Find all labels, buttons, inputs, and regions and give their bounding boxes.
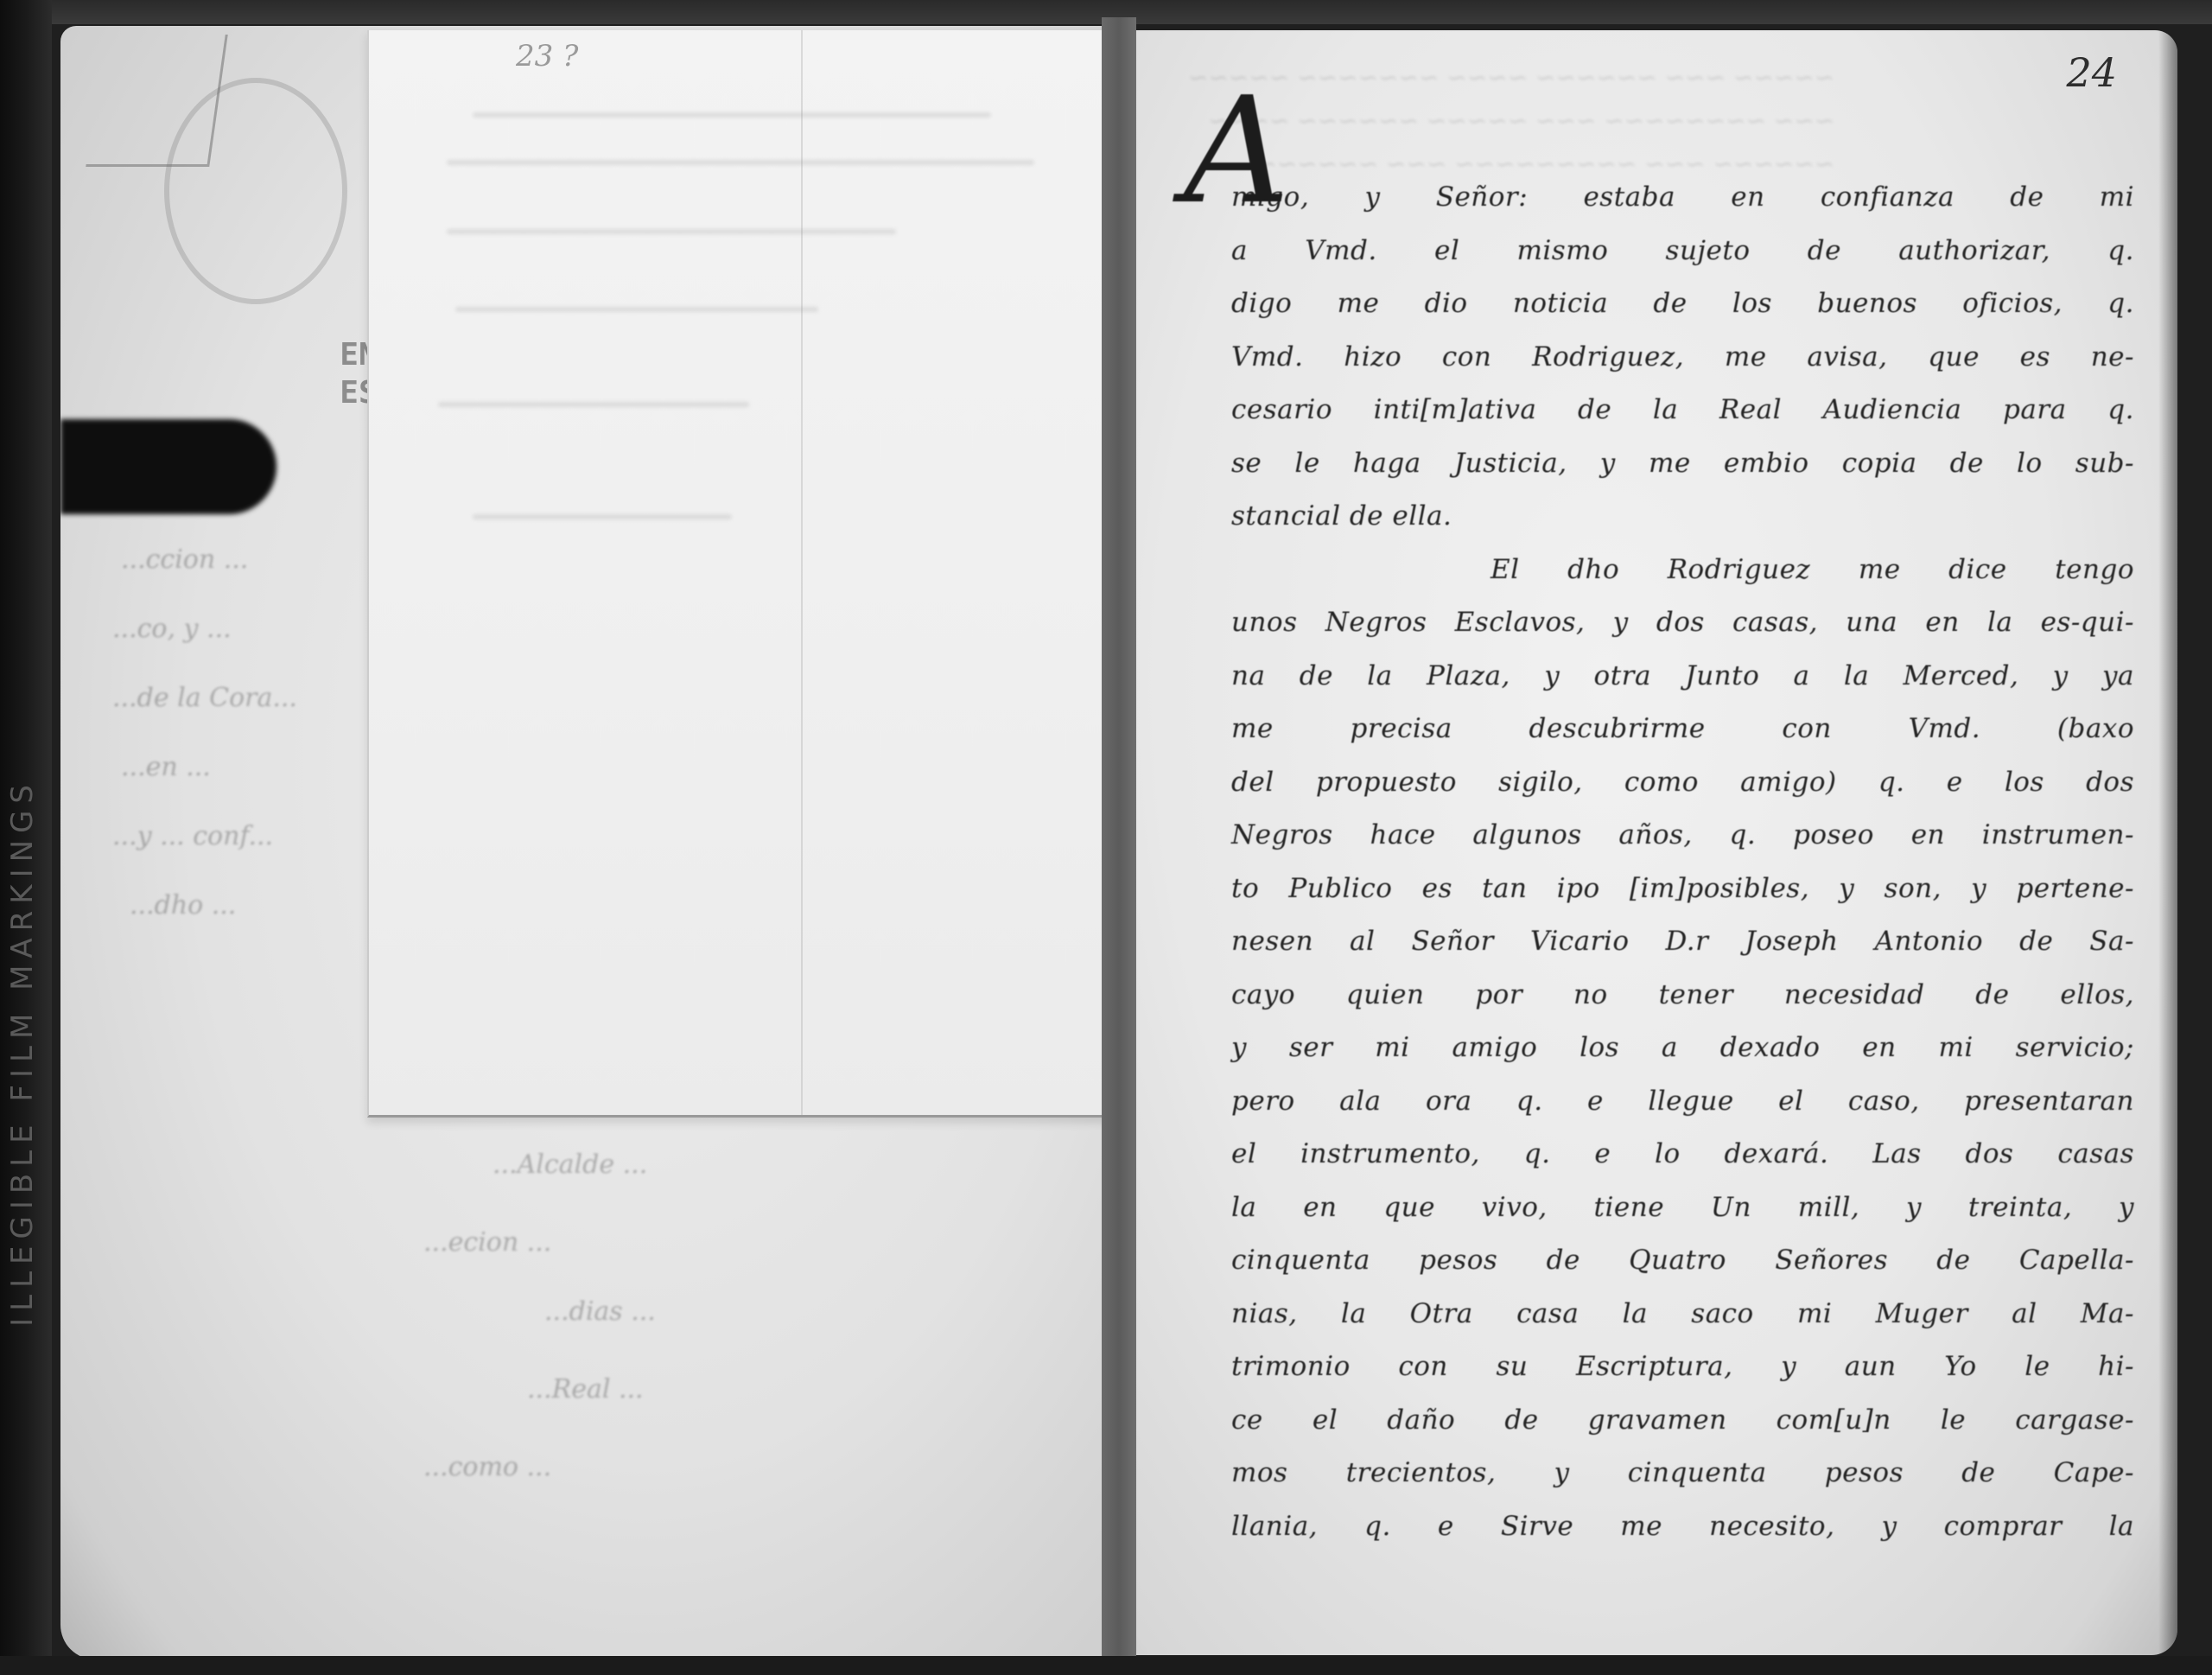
left-ghost-line: ...dias ... — [544, 1296, 656, 1327]
manuscript-line: el instrumento, q. e lo dexará. Las dos … — [1231, 1138, 2134, 1192]
manuscript-line: unos Negros Esclavos, y dos casas, una e… — [1231, 607, 2134, 660]
manuscript-line: cinquenta pesos de Quatro Señores de Cap… — [1231, 1245, 2134, 1298]
operator-thumb-shadow — [60, 419, 276, 514]
manuscript-line: me precisa descubrirme con Vmd. (baxo — [1231, 713, 2134, 767]
slip-folio-number: 23 ? — [516, 39, 578, 73]
left-ghost-line: ...Real ... — [527, 1374, 644, 1404]
manuscript-line: to Publico es tan ipo [im]posibles, y so… — [1231, 873, 2134, 927]
manuscript-line: cesario inti[m]ativa de la Real Audienci… — [1231, 394, 2134, 448]
manuscript-line: ce el daño de gravamen com[u]n le cargas… — [1231, 1404, 2134, 1458]
left-ghost-line: ...como ... — [423, 1452, 551, 1482]
manuscript-line: Negros hace algunos años, q. poseo en in… — [1231, 819, 2134, 873]
manuscript-line: cayo quien por no tener necesidad de ell… — [1231, 979, 2134, 1033]
manuscript-line: del propuesto sigilo, como amigo) q. e l… — [1231, 767, 2134, 820]
pasted-paper-slip: 23 ? — [367, 30, 1112, 1118]
seal-stamp-ghost — [164, 78, 347, 304]
film-edge-marking: ILLEGIBLE FILM MARKINGS — [5, 778, 40, 1327]
manuscript-line: pero ala ora q. e llegue el caso, presen… — [1231, 1086, 2134, 1139]
manuscript-line: nesen al Señor Vicario D.r Joseph Antoni… — [1231, 926, 2134, 979]
right-page: ~~~~~ ~~~ ~~~~~~ ~~~~ ~~~~~~~ ~~~~~ ~~~ … — [1136, 30, 2177, 1655]
manuscript-line: se le haga Justicia, y me embio copia de… — [1231, 448, 2134, 501]
left-ghost-line: ...y ... conf... — [112, 821, 273, 851]
left-ghost-line: ...co, y ... — [112, 614, 232, 644]
manuscript-line: trimonio con su Escriptura, y aun Yo le … — [1231, 1351, 2134, 1404]
drop-cap-initial: A — [1184, 78, 1290, 225]
film-edge-strip: ILLEGIBLE FILM MARKINGS — [0, 0, 52, 1675]
manuscript-line: llania, q. e Sirve me necesito, y compra… — [1231, 1511, 2134, 1564]
folio-number: 24 — [2066, 49, 2117, 96]
left-ghost-line: ...ccion ... — [121, 545, 248, 575]
manuscript-line: stancial de ella. — [1231, 500, 2134, 554]
manuscript-paragraph-start: El dho Rodriguez me dice tengo — [1231, 554, 2134, 608]
left-page: ER ENTO ESSN ...ccion ... ...co, y ... .… — [60, 26, 1123, 1659]
manuscript-line: A migo, y Señor: estaba en confianza de … — [1231, 182, 2134, 235]
manuscript-line: a Vmd. el mismo sujeto de authorizar, q. — [1231, 235, 2134, 289]
manuscript-line: Vmd. hizo con Rodriguez, me avisa, que e… — [1231, 341, 2134, 395]
letter-body: A migo, y Señor: estaba en confianza de … — [1231, 182, 2134, 1564]
manuscript-line: nias, la Otra casa la saco mi Muger al M… — [1231, 1298, 2134, 1352]
left-ghost-line: ...ecion ... — [423, 1227, 551, 1258]
manuscript-line: na de la Plaza, y otra Junto a la Merced… — [1231, 660, 2134, 714]
left-ghost-line: ...Alcalde ... — [493, 1150, 647, 1180]
left-ghost-line: ...en ... — [121, 752, 211, 782]
manuscript-line: mos trecientos, y cinquenta pesos de Cap… — [1231, 1457, 2134, 1511]
manuscript-line: digo me dio noticia de los buenos oficio… — [1231, 288, 2134, 341]
bottom-film-border — [0, 1656, 2212, 1675]
manuscript-line: la en que vivo, tiene Un mill, y treinta… — [1231, 1192, 2134, 1245]
book-gutter — [1102, 17, 1136, 1659]
manuscript-line: y ser mi amigo los a dexado en mi servic… — [1231, 1032, 2134, 1086]
left-ghost-line: ...dho ... — [130, 890, 236, 920]
left-ghost-line: ...de la Cora... — [112, 683, 297, 713]
slip-fold-line — [801, 30, 803, 1115]
